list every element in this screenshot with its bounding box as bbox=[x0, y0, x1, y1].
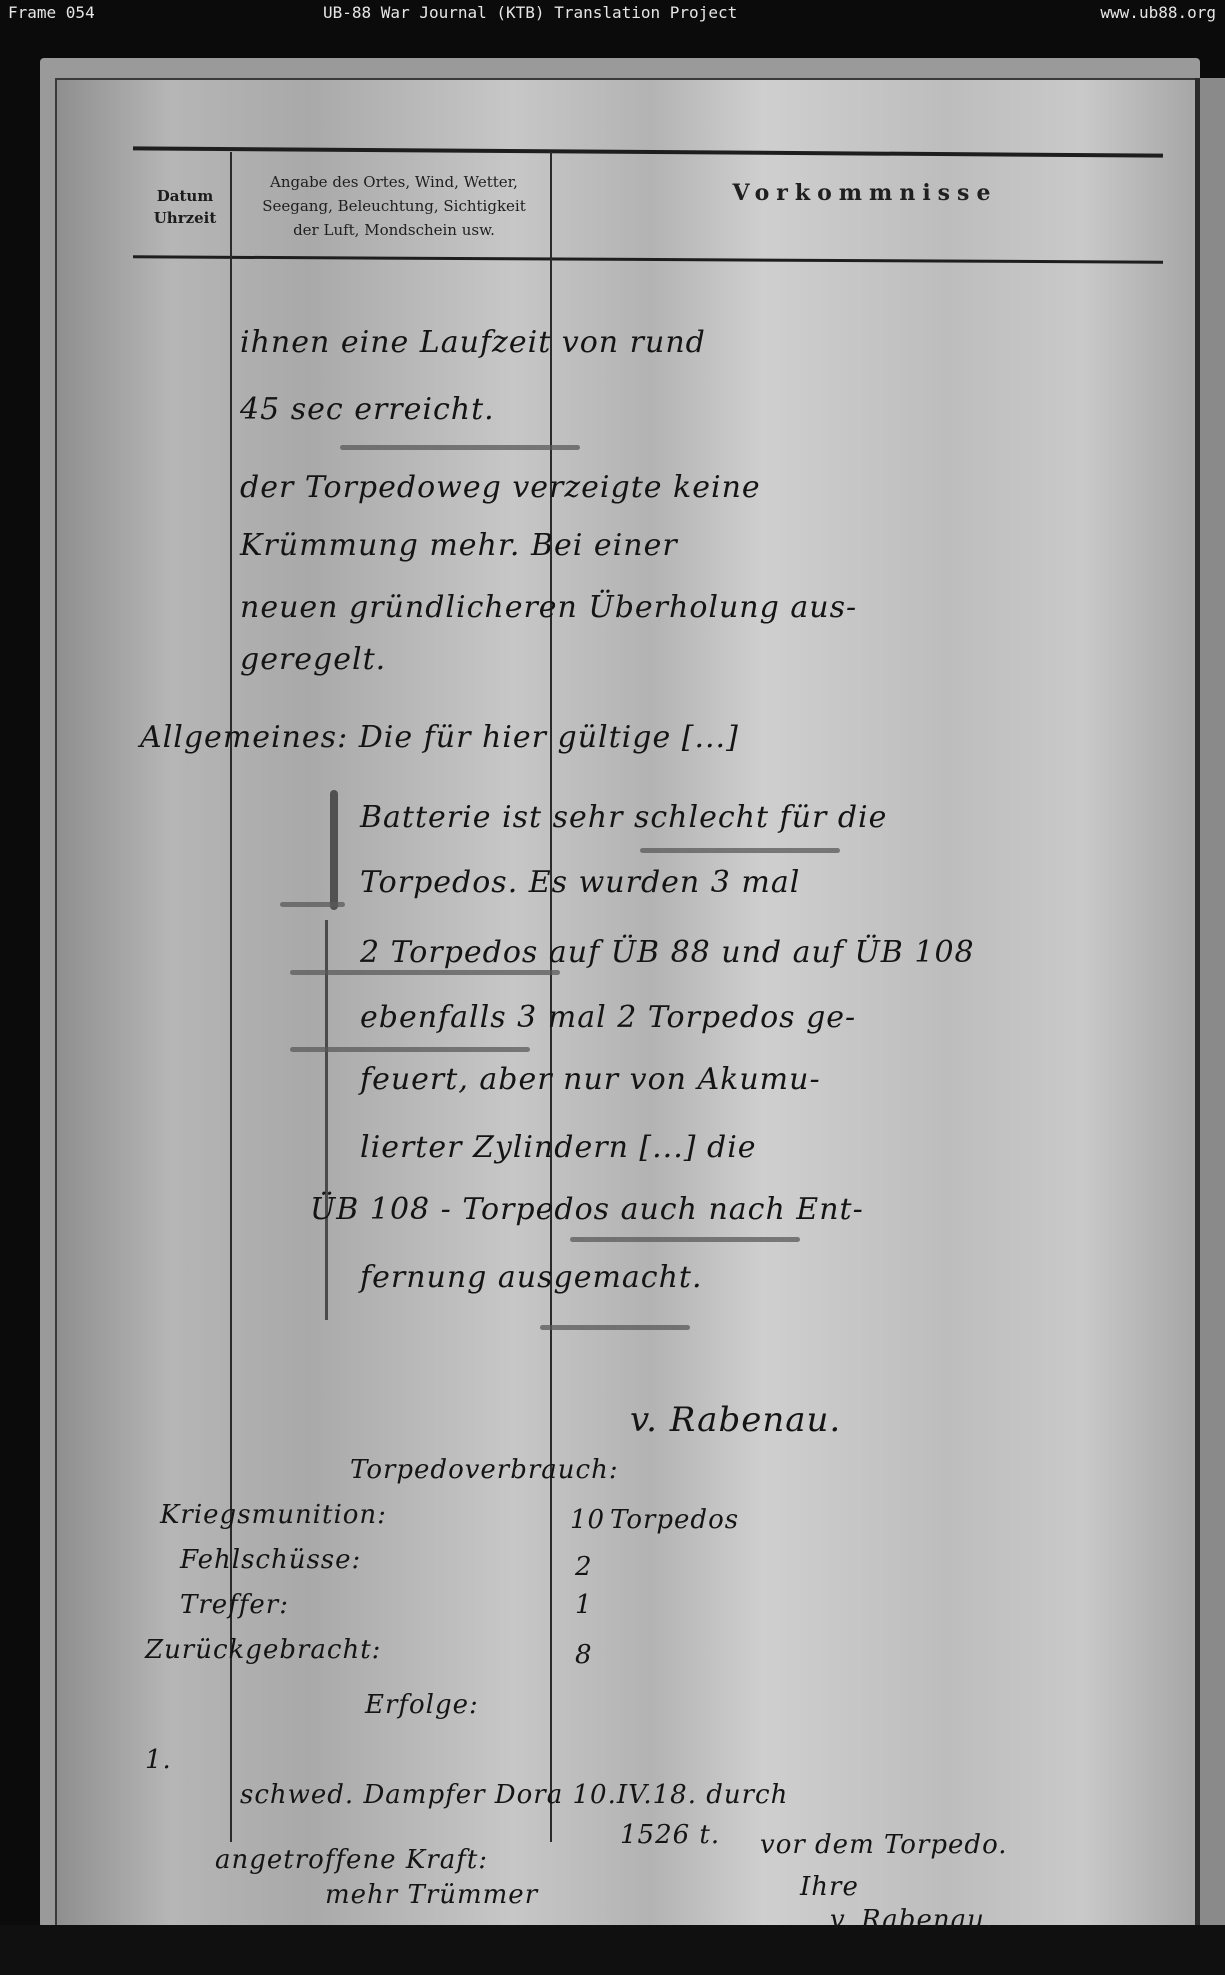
pencil-margin-mark bbox=[330, 790, 338, 910]
pencil-underline bbox=[290, 970, 560, 975]
handwritten-line: lierter Zylindern [...] die bbox=[360, 1130, 757, 1165]
torpedo-usage-label: Zurückgebracht: bbox=[145, 1635, 381, 1665]
pencil-underline bbox=[570, 1237, 800, 1242]
frame-number: Frame 054 bbox=[8, 3, 95, 22]
column-divider-1 bbox=[230, 152, 232, 1842]
column-header-location: Angabe des Ortes, Wind, Wetter, Seegang,… bbox=[236, 170, 552, 242]
frame-banner: Frame 054 UB-88 War Journal (KTB) Transl… bbox=[0, 0, 1225, 28]
torpedo-usage-heading: Torpedoverbrauch: bbox=[350, 1455, 619, 1485]
project-title: UB-88 War Journal (KTB) Translation Proj… bbox=[323, 3, 737, 22]
handwritten-line: geregelt. bbox=[240, 642, 386, 677]
handwritten-line: ebenfalls 3 mal 2 Torpedos ge- bbox=[360, 1000, 856, 1035]
project-url: www.ub88.org bbox=[1100, 3, 1216, 22]
adjacent-page-strip bbox=[1195, 78, 1225, 1928]
result-entry-tonnage: 1526 t. bbox=[620, 1820, 720, 1850]
handwritten-line: ihnen eine Laufzeit von rund bbox=[240, 325, 706, 360]
torpedo-usage-unit: Torpedos bbox=[610, 1505, 739, 1535]
results-heading: Erfolge: bbox=[365, 1690, 479, 1720]
result-entry-line: vor dem Torpedo. bbox=[760, 1830, 1008, 1860]
uhrzeit-label: Uhrzeit bbox=[140, 207, 230, 229]
handwritten-line: Allgemeines: Die für hier gültige [...] bbox=[140, 720, 739, 755]
torpedo-usage-label: Treffer: bbox=[180, 1590, 289, 1620]
handwritten-line: Krümmung mehr. Bei einer bbox=[240, 528, 678, 563]
pencil-underline bbox=[340, 445, 580, 450]
pencil-margin-line bbox=[325, 920, 328, 1320]
handwritten-line: 45 sec erreicht. bbox=[240, 392, 495, 427]
handwritten-line: ÜB 108 - Torpedos auch nach Ent- bbox=[310, 1192, 864, 1227]
pencil-underline bbox=[640, 848, 840, 853]
signature-rabenau-2: v. Rabenau. bbox=[830, 1905, 994, 1935]
pencil-underline bbox=[540, 1325, 690, 1330]
result-left-line: angetroffene Kraft: bbox=[215, 1845, 488, 1875]
torpedo-usage-value: 8 bbox=[575, 1640, 593, 1670]
datum-label: Datum bbox=[140, 185, 230, 207]
column-header-vorkommnisse: Vorkommnisse bbox=[560, 180, 1170, 206]
location-header-line-3: der Luft, Mondschein usw. bbox=[236, 218, 552, 242]
location-header-line-2: Seegang, Beleuchtung, Sichtigkeit bbox=[236, 194, 552, 218]
signature-rabenau: v. Rabenau. bbox=[630, 1400, 841, 1440]
scan-bottom-border bbox=[0, 1925, 1225, 1975]
handwritten-line: Batterie ist sehr schlecht für die bbox=[360, 800, 887, 835]
torpedo-usage-label: Fehlschüsse: bbox=[180, 1545, 361, 1575]
torpedo-usage-value: 2 bbox=[575, 1552, 593, 1582]
torpedo-usage-label: Kriegsmunition: bbox=[160, 1500, 387, 1530]
column-header-datum: Datum Uhrzeit bbox=[140, 185, 230, 229]
result-left-line: mehr Trümmer bbox=[325, 1880, 538, 1910]
signature-prefix: Ihre bbox=[800, 1872, 859, 1902]
pencil-underline bbox=[280, 902, 345, 907]
handwritten-line: fernung ausgemacht. bbox=[360, 1260, 703, 1295]
result-entry-number: 1. bbox=[145, 1745, 172, 1775]
handwritten-line: 2 Torpedos auf ÜB 88 und auf ÜB 108 bbox=[360, 935, 975, 970]
pencil-underline bbox=[290, 1047, 530, 1052]
handwritten-line: neuen gründlicheren Überholung aus- bbox=[240, 590, 857, 625]
handwritten-line: der Torpedoweg verzeigte keine bbox=[240, 470, 761, 505]
torpedo-usage-value: 1 bbox=[575, 1590, 593, 1620]
result-entry-line: schwed. Dampfer Dora 10.IV.18. durch bbox=[240, 1780, 788, 1810]
column-divider-2 bbox=[550, 152, 552, 1842]
handwritten-line: Torpedos. Es wurden 3 mal bbox=[360, 865, 800, 900]
torpedo-usage-value: 10 bbox=[570, 1505, 605, 1535]
location-header-line-1: Angabe des Ortes, Wind, Wetter, bbox=[236, 170, 552, 194]
handwritten-line: feuert, aber nur von Akumu- bbox=[360, 1062, 821, 1097]
